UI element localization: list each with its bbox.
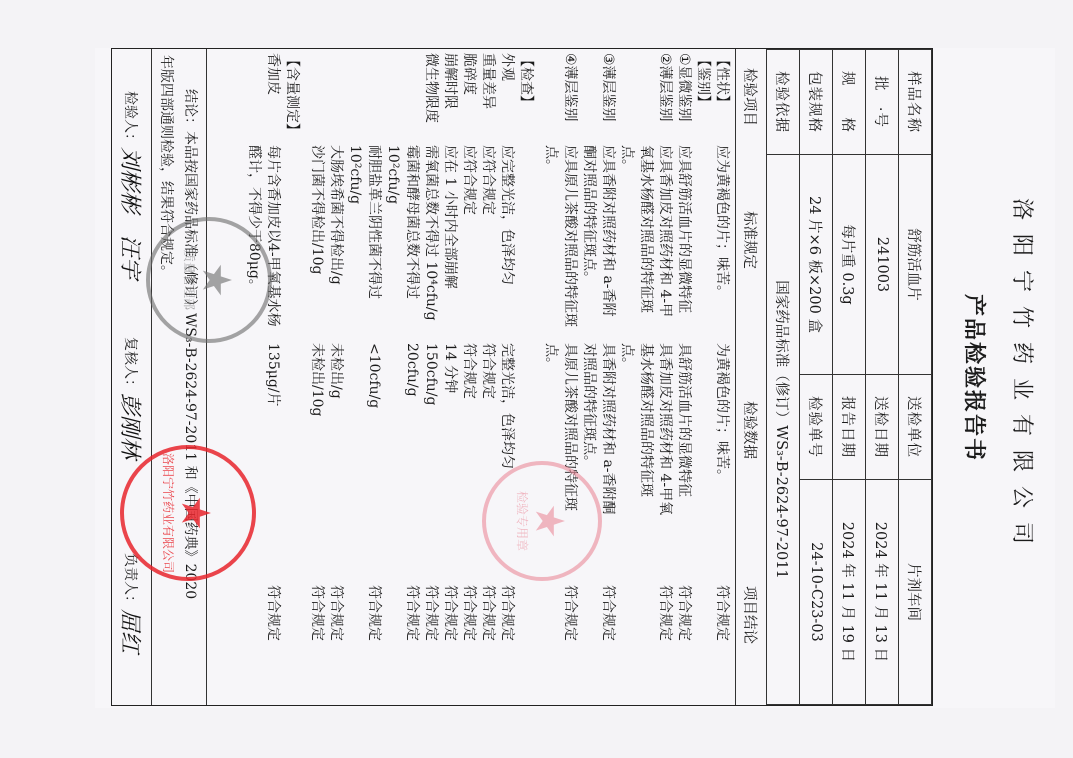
row-data xyxy=(282,335,301,525)
row-result: 符合规定 xyxy=(345,525,383,701)
table-row: ③薄层鉴别应具香附对照药材和 a-香附酮对照品的特征斑点。具香附对照药材和 a-… xyxy=(579,53,617,701)
conclusion-section: 结论：本品按国家药品标准（修订）WS₃-B-2624-97-2011 和《中国药… xyxy=(152,49,207,705)
table-row: ④薄层鉴别应具原儿茶酸对照品的特征斑点。具原儿茶酸对照品的特征斑点。符合规定 xyxy=(541,53,579,701)
row-item: 【检查】 xyxy=(516,53,535,145)
header-table: 样品名称 舒筋活血片 送检单位 片剂车间 批 ·号 241003 送检日期 20… xyxy=(766,49,932,705)
row-standard xyxy=(282,145,301,335)
row-standard: 需氧菌总数不得过 10⁴cfu/g xyxy=(421,145,440,335)
row-data: 具香加皮对照药材和 4-甲氧基水杨醛对照品的特征斑点。 xyxy=(617,335,674,525)
table-row: 微生物限度需氧菌总数不得过 10⁴cfu/g150cfu/g符合规定 xyxy=(421,53,440,701)
report-date-label: 报告日期 xyxy=(833,374,866,479)
row-item: 崩解时限 xyxy=(440,53,459,145)
row-standard xyxy=(516,145,535,335)
table-row: 脆碎度应符合规定符合规定符合规定 xyxy=(459,53,478,701)
row-item: ②薄层鉴别 xyxy=(617,53,674,145)
conclusion-text-1: 结论：本品按国家药品标准（修订）WS₃-B-2624-97-2011 和《中国药… xyxy=(176,49,206,705)
report-title: 产品检验报告书 xyxy=(960,48,991,708)
inspector-label: 检验人： xyxy=(122,91,142,147)
table-row: 【鉴别】 xyxy=(693,53,712,701)
table-row: 沙门菌不得检出/10g未检出/10g符合规定 xyxy=(307,53,326,701)
row-standard: 沙门菌不得检出/10g xyxy=(307,145,326,335)
col-data: 检验数据 xyxy=(741,335,762,525)
report-table: 样品名称 舒筋活血片 送检单位 片剂车间 批 ·号 241003 送检日期 20… xyxy=(111,48,933,706)
row-item: 脆碎度 xyxy=(459,53,478,145)
table-row: 重量差异应符合规定符合规定符合规定 xyxy=(478,53,497,701)
table-row: 【性状】应为黄褐色的片；味苦。为黄褐色的片；味苦。符合规定 xyxy=(712,53,731,701)
row-standard: 耐胆盐革兰阴性菌不得过 10²cfu/g xyxy=(345,145,383,335)
row-standard: 大肠埃希菌不得检出/g xyxy=(326,145,345,335)
row-data: 20cfu/g xyxy=(383,335,421,525)
row-data: 符合规定 xyxy=(459,335,478,525)
row-item: 重量差异 xyxy=(478,53,497,145)
report-no-value: 24-10-C23-03 xyxy=(800,479,833,704)
row-standard: 应完整光洁，色泽均匀 xyxy=(497,145,516,335)
submit-date-label: 送检日期 xyxy=(866,374,899,479)
table-row: 耐胆盐革兰阴性菌不得过 10²cfu/g<10cfu/g符合规定 xyxy=(345,53,383,701)
column-headers: 检验项目 标准规定 检验数据 项目结论 xyxy=(735,49,766,705)
row-data xyxy=(516,335,535,525)
col-result: 项目结论 xyxy=(741,525,762,705)
sample-name-value: 舒筋活血片 xyxy=(899,155,932,375)
submit-unit-label: 送检单位 xyxy=(899,374,932,479)
row-item: 【含量测定】 xyxy=(282,53,301,145)
row-standard: 应具香加皮对照药材和 4-甲氧基水杨醛对照品的特征斑点。 xyxy=(617,145,674,335)
submit-date-value: 2024 年 11 月 13 日 xyxy=(866,479,899,704)
row-result: 符合规定 xyxy=(674,525,693,701)
report-no-label: 检验单号 xyxy=(800,374,833,479)
row-data: 150cfu/g xyxy=(421,335,440,525)
row-result: 符合规定 xyxy=(244,525,282,701)
row-item xyxy=(345,53,383,145)
row-result xyxy=(516,525,535,701)
row-standard: 应为黄褐色的片；味苦。 xyxy=(712,145,731,335)
row-result: 符合规定 xyxy=(617,525,674,701)
row-item: 外观 xyxy=(497,53,516,145)
row-data: 符合规定 xyxy=(478,335,497,525)
col-standard: 标准规定 xyxy=(741,145,762,335)
row-item: 【鉴别】 xyxy=(693,53,712,145)
row-data: <10cfu/g xyxy=(345,335,383,525)
table-row: ②薄层鉴别应具香加皮对照药材和 4-甲氧基水杨醛对照品的特征斑点。具香加皮对照药… xyxy=(617,53,674,701)
batch-value: 241003 xyxy=(866,155,899,375)
row-item: 微生物限度 xyxy=(421,53,440,145)
row-data xyxy=(693,335,712,525)
row-standard: 应在 1 小时内全部崩解 xyxy=(440,145,459,335)
row-result: 符合规定 xyxy=(712,525,731,701)
table-row: 霉菌和酵母菌总数不得过 10²cfu/g20cfu/g符合规定 xyxy=(383,53,421,701)
row-data: 具原儿茶酸对照品的特征斑点。 xyxy=(541,335,579,525)
signature-line: 检验人： 刘彬彬 汪宇 复核人： 彭刚林 负责人： 屈红 xyxy=(112,49,152,705)
row-standard: 应具舒筋活血片的显微特征 xyxy=(674,145,693,335)
reviewer-signature: 彭刚林 xyxy=(116,393,147,553)
responsible-label: 负责人： xyxy=(122,553,142,609)
row-standard: 应具原儿茶酸对照品的特征斑点。 xyxy=(541,145,579,335)
inspection-report-document: 洛阳宁竹药业有限公司 产品检验报告书 样品名称 舒筋活血片 送检单位 片剂车间 … xyxy=(95,48,1055,708)
table-row: 香加皮每片含香加皮以4-甲氧基水杨醛计，不得少于80μg。135μg/片符合规定 xyxy=(244,53,282,701)
company-name: 洛阳宁竹药业有限公司 xyxy=(1008,48,1039,708)
row-result: 符合规定 xyxy=(478,525,497,701)
inspector-signature: 刘彬彬 汪宇 xyxy=(116,147,147,337)
sample-name-label: 样品名称 xyxy=(899,50,932,155)
row-item: ④薄层鉴别 xyxy=(541,53,579,145)
conclusion-text-2: 年版四部通则检验，结果符合规定。 xyxy=(152,49,176,705)
row-data: 14 分钟 xyxy=(440,335,459,525)
package-value: 24 片×6 板×200 盒 xyxy=(800,155,833,375)
row-standard: 应符合规定 xyxy=(478,145,497,335)
row-result: 符合规定 xyxy=(497,525,516,701)
row-standard xyxy=(693,145,712,335)
row-item xyxy=(307,53,326,145)
spec-value: 每片重 0.3g xyxy=(833,155,866,375)
row-result: 符合规定 xyxy=(326,525,345,701)
package-label: 包装规格 xyxy=(800,50,833,155)
row-item xyxy=(326,53,345,145)
table-row: 【含量测定】 xyxy=(282,53,301,701)
row-result: 符合规定 xyxy=(541,525,579,701)
result-rows: 【性状】应为黄褐色的片；味苦。为黄褐色的片；味苦。符合规定【鉴别】①显微鉴别应具… xyxy=(244,49,735,705)
responsible-signature: 屈红 xyxy=(116,609,147,653)
submit-unit-value: 片剂车间 xyxy=(899,479,932,704)
row-data: 具香附对照药材和 a-香附酮对照品的特征斑点。 xyxy=(579,335,617,525)
row-standard: 应具香附对照药材和 a-香附酮对照品的特征斑点。 xyxy=(579,145,617,335)
table-row: 崩解时限应在 1 小时内全部崩解14 分钟符合规定 xyxy=(440,53,459,701)
table-row: 外观应完整光洁，色泽均匀完整光洁，色泽均匀符合规定 xyxy=(497,53,516,701)
row-standard: 每片含香加皮以4-甲氧基水杨醛计，不得少于80μg。 xyxy=(244,145,282,335)
col-item: 检验项目 xyxy=(741,49,762,145)
basis-value: 国家药品标准（修订）WS₃-B-2624-97-2011 xyxy=(767,155,800,705)
row-result: 符合规定 xyxy=(383,525,421,701)
spec-label: 规 格 xyxy=(833,50,866,155)
table-row: 大肠埃希菌不得检出/g未检出/g符合规定 xyxy=(326,53,345,701)
batch-label: 批 ·号 xyxy=(866,50,899,155)
row-data: 未检出/g xyxy=(326,335,345,525)
row-item: ③薄层鉴别 xyxy=(579,53,617,145)
row-data: 未检出/10g xyxy=(307,335,326,525)
row-result: 符合规定 xyxy=(307,525,326,701)
row-item xyxy=(383,53,421,145)
table-row: 【检查】 xyxy=(516,53,535,701)
row-item: 香加皮 xyxy=(244,53,282,145)
reviewer-label: 复核人： xyxy=(122,337,142,393)
row-data: 完整光洁，色泽均匀 xyxy=(497,335,516,525)
row-result xyxy=(693,525,712,701)
row-standard: 霉菌和酵母菌总数不得过 10²cfu/g xyxy=(383,145,421,335)
report-date-value: 2024 年 11 月 19 日 xyxy=(833,479,866,704)
row-result: 符合规定 xyxy=(579,525,617,701)
basis-label: 检验依据 xyxy=(767,50,800,155)
row-result: 符合规定 xyxy=(421,525,440,701)
row-result: 符合规定 xyxy=(440,525,459,701)
table-row: ①显微鉴别应具舒筋活血片的显微特征具舒筋活血片的显微特征符合规定 xyxy=(674,53,693,701)
row-data: 135μg/片 xyxy=(244,335,282,525)
row-data: 为黄褐色的片；味苦。 xyxy=(712,335,731,525)
row-result xyxy=(282,525,301,701)
row-standard: 应符合规定 xyxy=(459,145,478,335)
row-item: 【性状】 xyxy=(712,53,731,145)
row-data: 具舒筋活血片的显微特征 xyxy=(674,335,693,525)
row-item: ①显微鉴别 xyxy=(674,53,693,145)
row-result: 符合规定 xyxy=(459,525,478,701)
